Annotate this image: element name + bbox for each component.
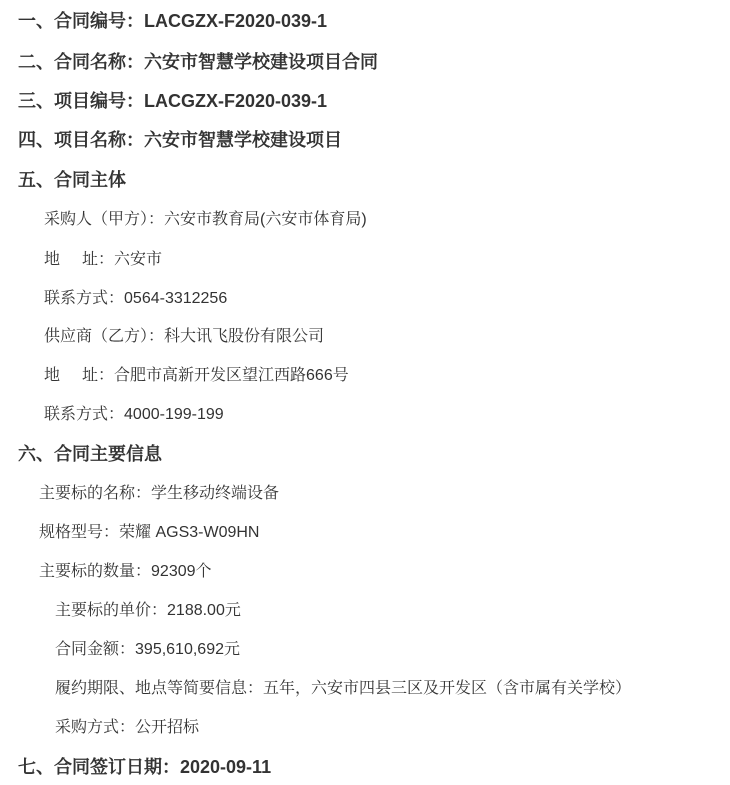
unit-price-label: 主要标的单价： bbox=[55, 602, 167, 619]
supplier-address-label-b: 址： bbox=[82, 367, 114, 384]
contract-number-value: LACGZX-F2020-039-1 bbox=[144, 11, 327, 31]
term-value: 五年，六安市四县三区及开发区（含市属有关学校） bbox=[263, 680, 631, 697]
project-name-value: 六安市智慧学校建设项目 bbox=[144, 130, 342, 150]
project-name-label: 四、项目名称： bbox=[18, 130, 144, 150]
contract-name-value: 六安市智慧学校建设项目合同 bbox=[144, 52, 378, 72]
buyer-address-row: 地址：六安市 bbox=[44, 249, 162, 271]
buyer-value: 六安市教育局(六安市体育局) bbox=[164, 211, 367, 228]
contract-name-label: 二、合同名称： bbox=[18, 52, 144, 72]
signing-date-row: 七、合同签订日期：2020-09-11 bbox=[18, 756, 271, 778]
item-name-label: 主要标的名称： bbox=[39, 485, 151, 502]
buyer-contact-row: 联系方式：0564-3312256 bbox=[44, 288, 227, 310]
supplier-contact-row: 联系方式：4000-199-199 bbox=[44, 404, 224, 426]
procurement-method-label: 采购方式： bbox=[55, 719, 135, 736]
contract-parties-heading: 五、合同主体 bbox=[18, 169, 126, 191]
contract-name-row: 二、合同名称：六安市智慧学校建设项目合同 bbox=[18, 51, 378, 73]
buyer-address-label-b: 址： bbox=[82, 251, 114, 268]
supplier-value: 科大讯飞股份有限公司 bbox=[164, 328, 324, 345]
main-info-heading: 六、合同主要信息 bbox=[18, 443, 162, 465]
supplier-contact-label: 联系方式： bbox=[44, 406, 124, 423]
buyer-contact-value: 0564-3312256 bbox=[124, 290, 227, 307]
unit-price-row: 主要标的单价：2188.00元 bbox=[55, 600, 241, 622]
contract-amount-label: 合同金额： bbox=[55, 641, 135, 658]
item-name-row: 主要标的名称：学生移动终端设备 bbox=[39, 483, 279, 505]
buyer-contact-label: 联系方式： bbox=[44, 290, 124, 307]
buyer-label: 采购人（甲方）： bbox=[44, 211, 164, 228]
item-name-value: 学生移动终端设备 bbox=[151, 485, 279, 502]
term-label: 履约期限、地点等简要信息： bbox=[55, 680, 263, 697]
unit-price-value: 2188.00元 bbox=[167, 602, 241, 619]
buyer-address-label-a: 地 bbox=[44, 251, 60, 268]
supplier-address-label-a: 地 bbox=[44, 367, 60, 384]
signing-date-value: 2020-09-11 bbox=[180, 757, 271, 777]
spec-value: 荣耀 AGS3-W09HN bbox=[119, 524, 259, 541]
spec-row: 规格型号：荣耀 AGS3-W09HN bbox=[39, 522, 260, 544]
supplier-label: 供应商（乙方）： bbox=[44, 328, 164, 345]
project-number-label: 三、项目编号： bbox=[18, 91, 144, 111]
contract-amount-value: 395,610,692元 bbox=[135, 641, 240, 658]
spec-label: 规格型号： bbox=[39, 524, 119, 541]
procurement-method-value: 公开招标 bbox=[135, 719, 199, 736]
project-name-row: 四、项目名称：六安市智慧学校建设项目 bbox=[18, 129, 342, 151]
quantity-label: 主要标的数量： bbox=[39, 563, 151, 580]
contract-amount-row: 合同金额：395,610,692元 bbox=[55, 639, 240, 661]
signing-date-label: 七、合同签订日期： bbox=[18, 757, 180, 777]
term-row: 履约期限、地点等简要信息：五年，六安市四县三区及开发区（含市属有关学校） bbox=[55, 678, 631, 700]
supplier-row: 供应商（乙方）：科大讯飞股份有限公司 bbox=[44, 326, 324, 348]
project-number-value: LACGZX-F2020-039-1 bbox=[144, 91, 327, 111]
buyer-row: 采购人（甲方）：六安市教育局(六安市体育局) bbox=[44, 209, 367, 231]
contract-number-label: 一、合同编号： bbox=[18, 11, 144, 31]
supplier-address-row: 地址：合肥市高新开发区望江西路666号 bbox=[44, 365, 349, 387]
procurement-method-row: 采购方式：公开招标 bbox=[55, 717, 199, 739]
buyer-address-value: 六安市 bbox=[114, 251, 162, 268]
project-number-row: 三、项目编号：LACGZX-F2020-039-1 bbox=[18, 90, 327, 112]
supplier-contact-value: 4000-199-199 bbox=[124, 406, 224, 423]
quantity-value: 92309个 bbox=[151, 563, 212, 580]
contract-number-row: 一、合同编号：LACGZX-F2020-039-1 bbox=[18, 10, 327, 32]
quantity-row: 主要标的数量：92309个 bbox=[39, 561, 212, 583]
supplier-address-value: 合肥市高新开发区望江西路666号 bbox=[114, 367, 349, 384]
